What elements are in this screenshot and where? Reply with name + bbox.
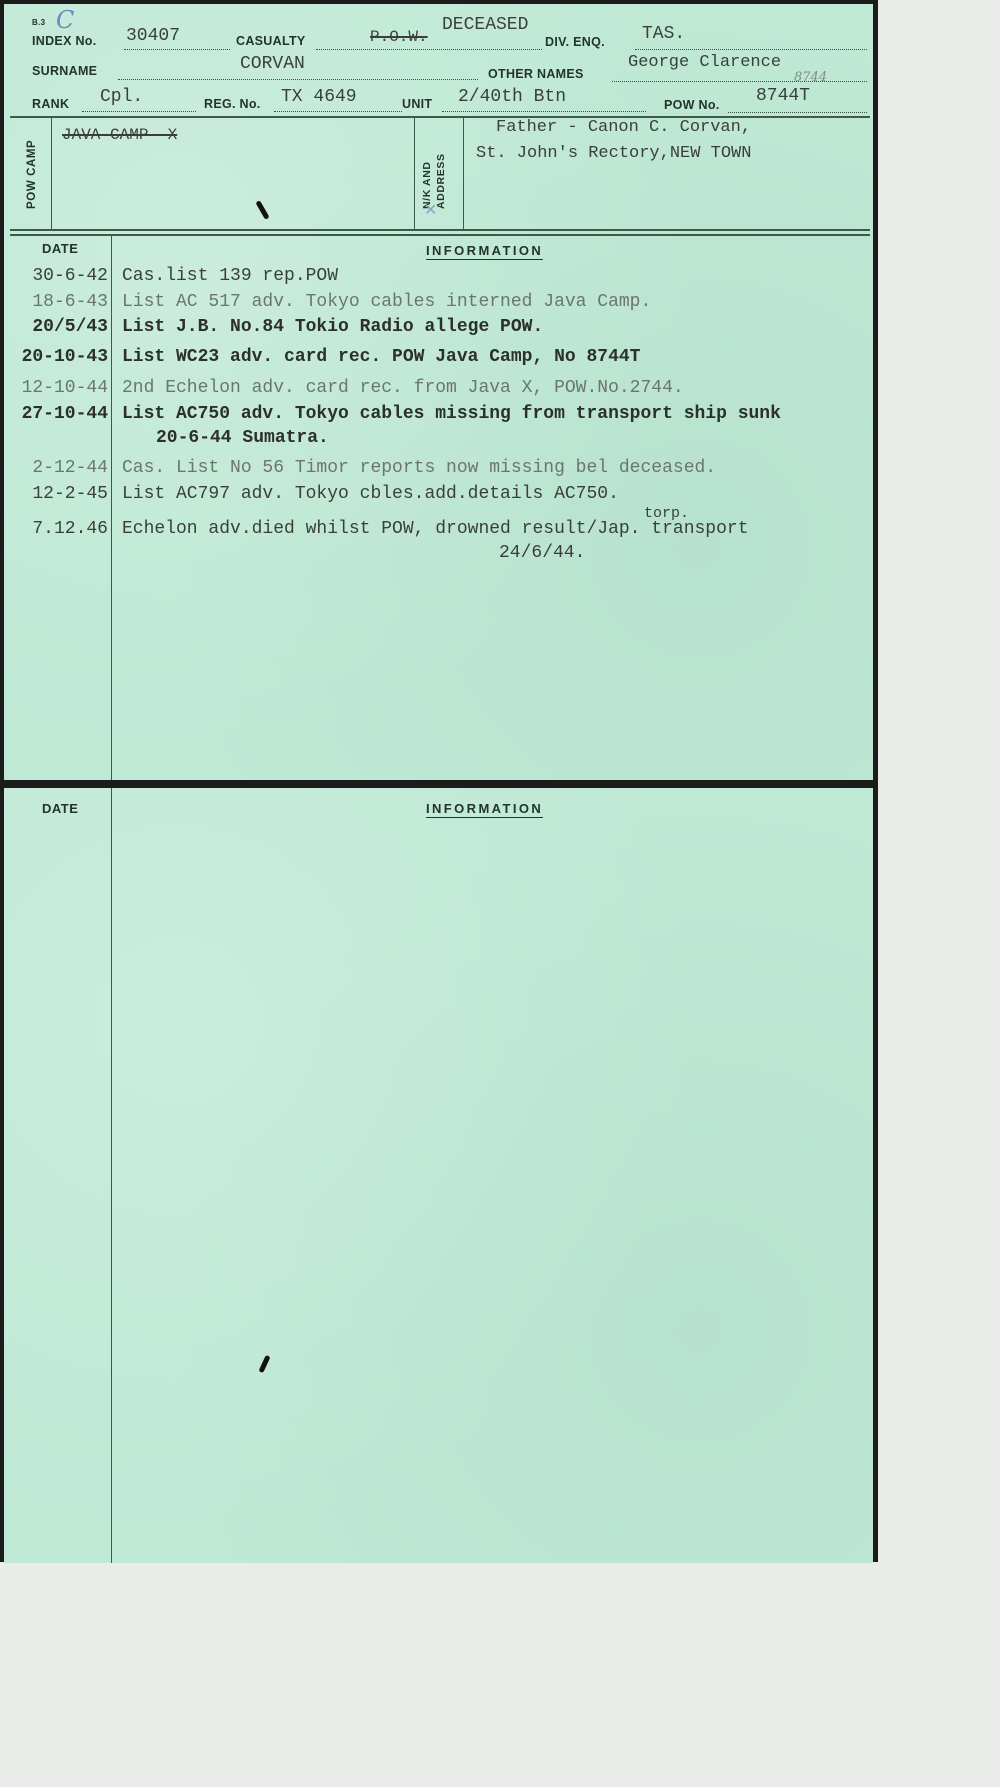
other-names-value: George Clarence [628, 53, 781, 72]
index-label: INDEX No. [32, 34, 97, 48]
row-date: 2-12-44 [4, 458, 108, 478]
div-enq-label: DIV. ENQ. [545, 35, 605, 49]
index-value: 30407 [126, 26, 180, 46]
row-information: 2nd Echelon adv. card rec. from Java X, … [122, 378, 684, 398]
handwritten-corner-mark: C [56, 6, 74, 34]
back-information-header: INFORMATION [426, 801, 543, 818]
nok-left-divider [414, 117, 415, 229]
row-date: 7.12.46 [4, 519, 108, 539]
date-column-divider [111, 235, 112, 780]
back-date-column-divider [111, 788, 112, 1563]
rank-label: RANK [32, 97, 69, 111]
back-date-header: DATE [42, 801, 78, 816]
pow-no-value: 8744T [756, 86, 810, 106]
row-information: List AC750 adv. Tokyo cables missing fro… [122, 404, 781, 424]
casualty-card-front: B.3 C INDEX No. 30407 CASUALTY P.O.W. DE… [4, 4, 873, 780]
row-information: Echelon adv.died whilst POW, drowned res… [122, 519, 749, 539]
rank-underline [82, 111, 196, 112]
other-names-label: OTHER NAMES [488, 67, 584, 81]
casualty-value: DECEASED [442, 15, 528, 35]
row-information: List AC797 adv. Tokyo cbles.add.details … [122, 484, 619, 504]
row-information-continued: 24/6/44. [499, 543, 585, 563]
form-code: B.3 [32, 18, 45, 27]
nok-address-line2: St. John's Rectory,NEW TOWN [476, 144, 751, 163]
back-ink-mark [258, 1355, 270, 1373]
rank-value: Cpl. [100, 87, 143, 107]
surname-value: CORVAN [240, 54, 305, 74]
pencil-cross-icon: ✕ [424, 200, 437, 220]
row-date: 20/5/43 [4, 317, 108, 337]
surname-underline [118, 79, 478, 80]
reg-no-underline [274, 111, 402, 112]
pencil-note: 8744 [794, 70, 827, 85]
unit-underline [442, 111, 646, 112]
row-information: List J.B. No.84 Tokio Radio allege POW. [122, 317, 543, 337]
div-enq-underline [635, 49, 867, 50]
information-header: INFORMATION [426, 243, 543, 260]
section-divider-1 [10, 229, 870, 231]
row-date: 30-6-42 [4, 266, 108, 286]
pow-no-underline [728, 112, 867, 113]
row-date: 27-10-44 [4, 404, 108, 424]
row-date: 18-6-43 [4, 292, 108, 312]
casualty-card-back-body: DATE INFORMATION [4, 788, 873, 1563]
row-information: Cas.list 139 rep.POW [122, 266, 338, 286]
row-date: 12-10-44 [4, 378, 108, 398]
unit-value: 2/40th Btn [458, 87, 566, 107]
page-margin [0, 1562, 878, 1787]
row-information: Cas. List No 56 Timor reports now missin… [122, 458, 716, 478]
other-names-underline [612, 81, 867, 82]
index-underline [124, 49, 230, 50]
row-information: List AC 517 adv. Tokyo cables interned J… [122, 292, 651, 312]
row-date: 20-10-43 [4, 347, 108, 367]
reg-no-value: TX 4649 [281, 87, 357, 107]
pow-camp-label: POW CAMP [26, 140, 38, 209]
row-information: List WC23 adv. card rec. POW Java Camp, … [122, 347, 640, 367]
row-information-continued: 20-6-44 Sumatra. [156, 428, 329, 448]
row-date: 12-2-45 [4, 484, 108, 504]
unit-label: UNIT [402, 97, 432, 111]
nok-right-divider [463, 117, 464, 229]
casualty-underline [316, 49, 542, 50]
section-divider-2 [10, 234, 870, 236]
ink-mark [255, 200, 269, 220]
pow-camp-divider [51, 117, 52, 229]
row-superscript-note: torp. [644, 505, 689, 522]
date-header: DATE [42, 241, 78, 256]
surname-label: SURNAME [32, 64, 97, 78]
nok-address-line1: Father - Canon C. Corvan, [496, 118, 751, 137]
casualty-label: CASUALTY [236, 34, 306, 48]
pow-camp-struck-value: JAVA-CAMP -X [62, 126, 177, 144]
casualty-struck-value: P.O.W. [370, 28, 428, 46]
reg-no-label: REG. No. [204, 97, 261, 111]
div-enq-value: TAS. [642, 24, 685, 44]
pow-no-label: POW No. [664, 98, 720, 112]
